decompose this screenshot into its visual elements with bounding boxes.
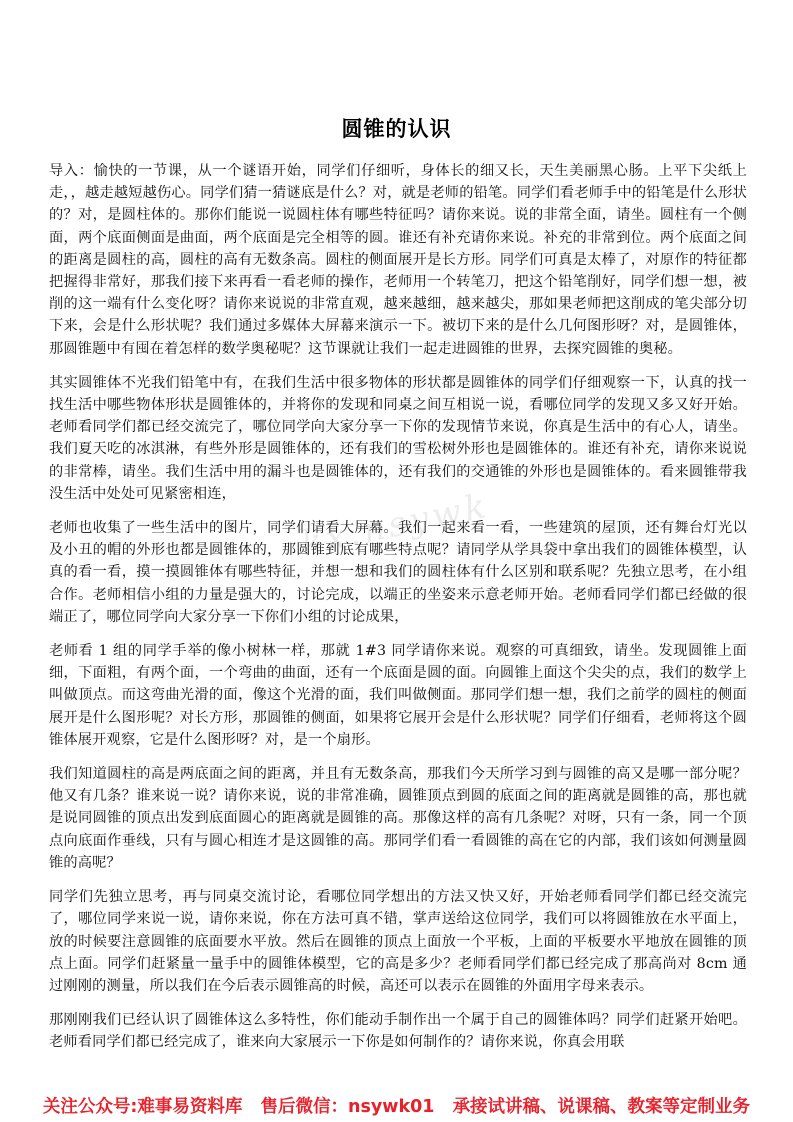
- paragraph-pictures: 老师也收集了一些生活中的图片，同学们请看大屏幕。我们一起来看一看，一些建筑的屋顶…: [49, 517, 747, 628]
- page-title: 圆锥的认识: [0, 113, 793, 143]
- footer-public-account: 关注公众号:难事易资料库: [43, 1097, 243, 1117]
- footer-ad-banner: 关注公众号:难事易资料库 售后微信：nsywk01 承接试讲稿、说课稿、教案等定…: [0, 1092, 793, 1122]
- paragraph-features: 老师看 1 组的同学手举的像小树林一样，那就 1#3 同学请你来说。观察的可真细…: [49, 640, 747, 751]
- paragraph-measure: 同学们先独立思考，再与同桌交流讨论，看哪位同学想出的方法又快又好，开始老师看同学…: [49, 886, 747, 997]
- document-body: 导入：愉快的一节课，从一个谜语开始，同学们仔细听，身体长的细又长，天生美丽黑心肠…: [49, 160, 747, 1066]
- footer-wechat: 售后微信：nsywk01: [261, 1097, 435, 1117]
- paragraph-height: 我们知道圆柱的高是两底面之间的距离，并且有无数条高，那我们今天所学习到与圆锥的高…: [49, 763, 747, 874]
- footer-service: 承接试讲稿、说课稿、教案等定制业务: [453, 1097, 751, 1117]
- paragraph-make-cone: 那刚刚我们已经认识了圆锥体这么多特性，你们能动手制作出一个属于自己的圆锥体吗？同…: [49, 1009, 747, 1053]
- paragraph-intro: 导入：愉快的一节课，从一个谜语开始，同学们仔细听，身体长的细又长，天生美丽黑心肠…: [49, 160, 747, 360]
- paragraph-life-examples: 其实圆锥体不光我们铅笔中有，在我们生活中很多物体的形状都是圆锥体的同学们仔细观察…: [49, 372, 747, 505]
